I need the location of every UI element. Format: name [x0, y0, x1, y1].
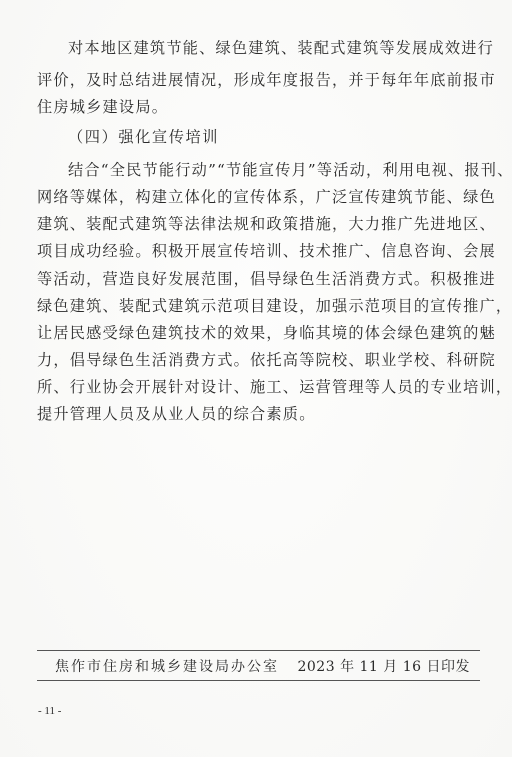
paragraph-line: 等活动，营造良好发展范围，倡导绿色生活消费方式。积极推进 [37, 269, 480, 289]
paragraph-line: 评价，及时总结进展情况，形成年度报告，并于每年年底前报市 [37, 70, 480, 90]
paragraph-line: 所、行业协会开展针对设计、施工、运营管理等人员的专业培训， [37, 377, 480, 397]
footer-issue-date: 2023 年 11 月 16 日印发 [297, 656, 470, 676]
document-page: 对本地区建筑节能、绿色建筑、装配式建筑等发展成效进行 评价，及时总结进展情况，形… [0, 0, 512, 757]
paragraph-line: 力，倡导绿色生活消费方式。依托高等院校、职业学校、科研院 [37, 350, 480, 370]
paragraph-line: 提升管理人员及从业人员的综合素质。 [37, 404, 480, 424]
footer-issuer: 焦作市住房和城乡建设局办公室 [55, 656, 279, 676]
page-number: - 11 - [38, 705, 61, 717]
paragraph-line: 让居民感受绿色建筑技术的效果，身临其境的体会绿色建筑的魅 [37, 323, 480, 343]
paragraph-line: 住房城乡建设局。 [37, 97, 480, 117]
paragraph-line: 建筑、装配式建筑等法律法规和政策措施，大力推广先进地区、 [37, 214, 480, 234]
paragraph-line: 网络等媒体，构建立体化的宣传体系，广泛宣传建筑节能、绿色 [37, 187, 480, 207]
section-heading: （四）强化宣传培训 [68, 127, 268, 147]
footer-top-rule [37, 650, 480, 651]
paragraph-line: 绿色建筑、装配式建筑示范项目建设，加强示范项目的宣传推广， [37, 296, 480, 316]
paragraph-line: 结合“全民节能行动”“节能宣传月”等活动，利用电视、报刊、 [68, 160, 480, 180]
paragraph-line: 对本地区建筑节能、绿色建筑、装配式建筑等发展成效进行 [68, 38, 480, 58]
paragraph-line: 项目成功经验。积极开展宣传培训、技术推广、信息咨询、会展 [37, 241, 480, 261]
footer-bottom-rule [37, 680, 480, 681]
